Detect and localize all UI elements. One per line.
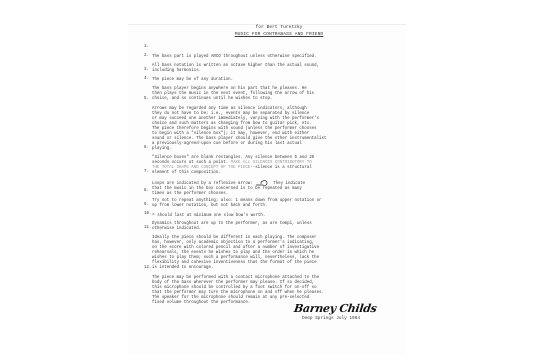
item-number: 9.: [144, 203, 149, 208]
item-number: 4.: [144, 77, 149, 82]
reflexive-loop-arrow-icon: [255, 180, 269, 186]
item-text-part: Loops are indicated by a reflexive arrow…: [152, 182, 253, 186]
signature: Barney Childs: [293, 302, 377, 315]
item-number: 11.: [144, 226, 151, 231]
item-number: 2.: [144, 54, 149, 59]
item-number: 10.: [144, 212, 151, 217]
item-number: 5.: [144, 97, 149, 102]
score-instructions-page: for Bert Turetzky MUSIC FOR CONTRABASS A…: [128, 24, 406, 355]
item-number: 3.: [144, 68, 149, 73]
dateline: Deep Springs July 1964: [302, 316, 360, 321]
item-number: 7.: [144, 170, 149, 175]
document-title: MUSIC FOR CONTRABASS AND FRIEND: [140, 32, 418, 38]
item-number: 12.: [144, 266, 151, 271]
item-number: 6.: [144, 146, 149, 151]
dedication: for Bert Turetzky: [140, 25, 418, 31]
item-number: 1.: [144, 45, 149, 50]
item-number: 8.: [144, 189, 149, 194]
